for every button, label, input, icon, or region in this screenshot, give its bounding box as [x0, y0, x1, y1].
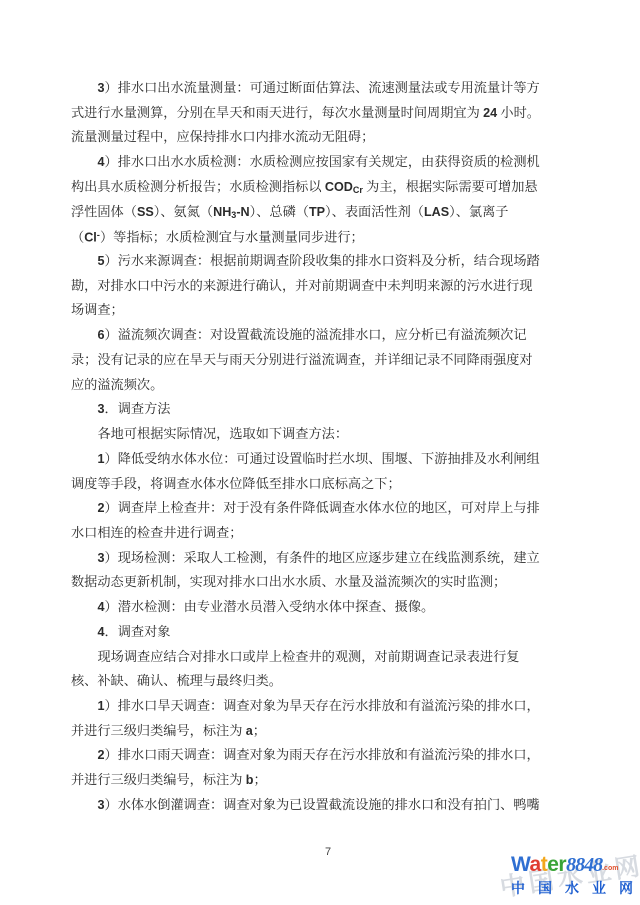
text-line: 6）溢流频次调查：对设置截流设施的溢流排水口，应分析已有溢流频次记 [71, 323, 557, 348]
text-line: 录；没有记录的应在旱天与雨天分别进行溢流调查，并详细记录不同降雨强度对 [71, 348, 557, 373]
text-line: （Cl-）等指标；水质检测宜与水量测量同步进行； [71, 224, 557, 249]
text-line: 3）水体水倒灌调查：调查对象为已设置截流设施的排水口和没有拍门、鸭嘴 [71, 793, 557, 818]
text-line: 4．调查对象 [71, 620, 557, 645]
text-line: 各地可根据实际情况，选取如下调查方法： [71, 422, 557, 447]
text-line: 勘，对排水口中污水的来源进行确认，并对前期调查中未判明来源的污水进行现 [71, 274, 557, 299]
logo-brand-number: 8848 [566, 854, 602, 876]
text-line: 现场调查应结合对排水口或岸上检查井的观测，对前期调查记录表进行复 [71, 645, 557, 670]
text-line: 调度等手段，将调查水体水位降低至排水口底标高之下； [71, 472, 557, 497]
text-line: 核、补缺、确认、梳理与最终归类。 [71, 669, 557, 694]
text-line: 2）排水口雨天调查：调查对象为雨天存在污水排放和有溢流污染的排水口， [71, 743, 557, 768]
text-line: 1）排水口旱天调查：调查对象为旱天存在污水排放和有溢流污染的排水口， [71, 694, 557, 719]
text-line: 式进行水量测算，分别在旱天和雨天进行，每次水量测量时间周期宜为 24 小时。 [71, 101, 557, 126]
text-line: 1）降低受纳水体水位：可通过设置临时拦水坝、围堰、下游抽排及水利闸组 [71, 447, 557, 472]
text-line: 水口相连的检查井进行调查； [71, 521, 557, 546]
logo-brand-line: Water8848.com [511, 855, 640, 875]
text-line: 并进行三级归类编号，标注为 a； [71, 719, 557, 744]
document-page: 3）排水口出水流量测量：可通过断面估算法、流速测量法或专用流量计等方式进行水量测… [0, 0, 640, 905]
text-line: 应的溢流频次。 [71, 373, 557, 398]
text-line: 5）污水来源调查：根据前期调查阶段收集的排水口资料及分析，结合现场踏 [71, 249, 557, 274]
text-line: 3．调查方法 [71, 397, 557, 422]
text-line: 场调查； [71, 298, 557, 323]
water8848-logo: 中国水业网 Water8848.com 中国水业网 [511, 855, 640, 898]
text-line: 4）排水口出水水质检测：水质检测应按国家有关规定，由获得资质的检测机 [71, 150, 557, 175]
text-line: 2）调查岸上检查井：对于没有条件降低调查水体水位的地区，可对岸上与排 [71, 496, 557, 521]
text-line: 3）现场检测：采取人工检测，有条件的地区应逐步建立在线监测系统，建立 [71, 546, 557, 571]
text-line: 数据动态更新机制，实现对排水口出水水质、水量及溢流频次的实时监测； [71, 570, 557, 595]
document-body: 3）排水口出水流量测量：可通过断面估算法、流速测量法或专用流量计等方式进行水量测… [71, 76, 557, 818]
text-line: 3）排水口出水流量测量：可通过断面估算法、流速测量法或专用流量计等方 [71, 76, 557, 101]
text-line: 流量测量过程中，应保持排水口内排水流动无阻碍； [71, 125, 557, 150]
logo-brand-word: Water [511, 853, 566, 876]
logo-domain-suffix: .com [602, 865, 618, 872]
text-line: 4）潜水检测：由专业潜水员潜入受纳水体中探查、摄像。 [71, 595, 557, 620]
text-line: 浮性固体（SS）、氨氮（NH3-N）、总磷（TP）、表面活性剂（LAS）、氯离子 [71, 200, 557, 225]
logo-tagline: 中国水业网 [511, 878, 640, 898]
text-line: 并进行三级归类编号，标注为 b； [71, 768, 557, 793]
text-line: 构出具水质检测分析报告；水质检测指标以 CODCr 为主，根据实际需要可增加悬 [71, 175, 557, 200]
